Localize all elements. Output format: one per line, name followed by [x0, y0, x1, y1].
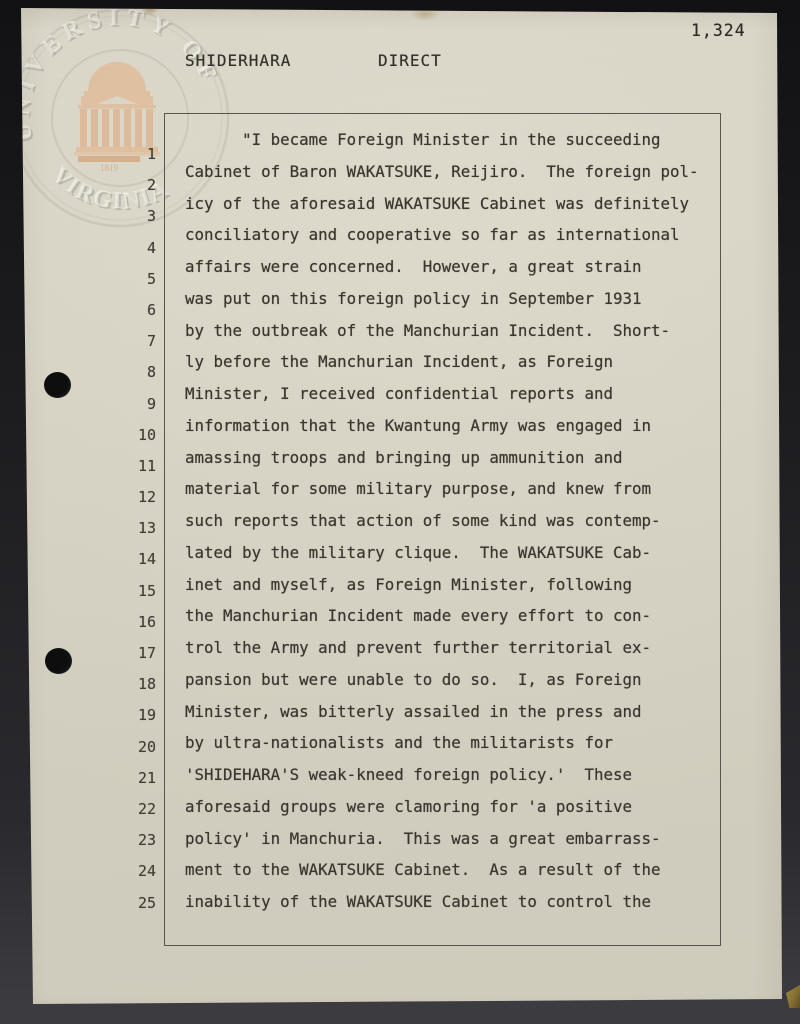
transcript-line: Minister, was bitterly assailed in the p… [185, 696, 710, 728]
transcript-line: conciliatory and cooperative so far as i… [185, 219, 710, 251]
line-number: 9 [118, 389, 156, 420]
scan-background: UNIVERSITY OF VIRGINIA UNIVERSITY OF VIR… [0, 0, 800, 1024]
line-number: 3 [118, 201, 156, 232]
transcript-line: Minister, I received confidential report… [185, 378, 710, 410]
adjacent-page-sliver [786, 985, 800, 1008]
line-number: 1 [118, 139, 156, 170]
paper-stain [706, 0, 722, 11]
line-number: 15 [118, 576, 156, 607]
paper-stain [410, 7, 440, 21]
line-number: 24 [118, 856, 156, 887]
line-number: 16 [118, 607, 156, 638]
transcript-line: material for some military purpose, and … [185, 473, 710, 505]
line-number: 25 [118, 888, 156, 919]
transcript-line: information that the Kwantung Army was e… [185, 410, 710, 442]
transcript-line: 'SHIDEHARA'S weak-kneed foreign policy.'… [185, 759, 710, 791]
transcript-line: inability of the WAKATSUKE Cabinet to co… [185, 886, 710, 918]
line-number: 8 [118, 357, 156, 388]
line-number: 20 [118, 732, 156, 763]
hole-punch [45, 648, 72, 674]
transcript-lines: "I became Foreign Minister in the succee… [185, 124, 710, 918]
transcript-line: by the outbreak of the Manchurian Incide… [185, 315, 710, 347]
transcript-line: such reports that action of some kind wa… [185, 505, 710, 537]
transcript-line: icy of the aforesaid WAKATSUKE Cabinet w… [185, 188, 710, 220]
transcript-line: lated by the military clique. The WAKATS… [185, 537, 710, 569]
line-number: 6 [118, 295, 156, 326]
line-number: 2 [118, 170, 156, 201]
transcript-line: trol the Army and prevent further territ… [185, 632, 710, 664]
line-number: 4 [118, 233, 156, 264]
examination-type-header: DIRECT [378, 51, 442, 70]
transcript-line: amassing troops and bringing up ammuniti… [185, 442, 710, 474]
line-number: 5 [118, 264, 156, 295]
line-number: 23 [118, 825, 156, 856]
transcript-line: Cabinet of Baron WAKATSUKE, Reijiro. The… [185, 156, 710, 188]
line-number: 17 [118, 638, 156, 669]
transcript-line: affairs were concerned. However, a great… [185, 251, 710, 283]
line-number: 10 [118, 420, 156, 451]
seal-year: 1819 [100, 163, 119, 173]
line-number: 12 [118, 482, 156, 513]
line-number: 22 [118, 794, 156, 825]
hole-punch [44, 372, 71, 398]
line-number: 21 [118, 763, 156, 794]
transcript-line: the Manchurian Incident made every effor… [185, 600, 710, 632]
line-number: 7 [118, 326, 156, 357]
line-number: 19 [118, 700, 156, 731]
seal-bottom-text-shadow: VIRGINIA [48, 164, 175, 217]
svg-text:VIRGINIA: VIRGINIA [48, 164, 175, 217]
transcript-line: ly before the Manchurian Incident, as Fo… [185, 346, 710, 378]
line-number: 18 [118, 669, 156, 700]
transcript-line: aforesaid groups were clamoring for 'a p… [185, 791, 710, 823]
line-number: 13 [118, 513, 156, 544]
line-number: 11 [118, 451, 156, 482]
transcript-line: inet and myself, as Foreign Minister, fo… [185, 569, 710, 601]
paper-stain [140, 0, 160, 15]
transcript-line: pansion but were unable to do so. I, as … [185, 664, 710, 696]
transcript-line: "I became Foreign Minister in the succee… [185, 124, 710, 156]
witness-name-header: SHIDERHARA [185, 51, 291, 70]
document-page: UNIVERSITY OF VIRGINIA UNIVERSITY OF VIR… [0, 0, 800, 1024]
line-number: 14 [118, 544, 156, 575]
page-number: 1,324 [691, 21, 746, 40]
line-number-column: 1234567891011121314151617181920212223242… [118, 139, 156, 919]
transcript-line: by ultra-nationalists and the militarist… [185, 727, 710, 759]
transcript-line: was put on this foreign policy in Septem… [185, 283, 710, 315]
transcript-line: ment to the WAKATSUKE Cabinet. As a resu… [185, 854, 710, 886]
transcript-line: policy' in Manchuria. This was a great e… [185, 823, 710, 855]
